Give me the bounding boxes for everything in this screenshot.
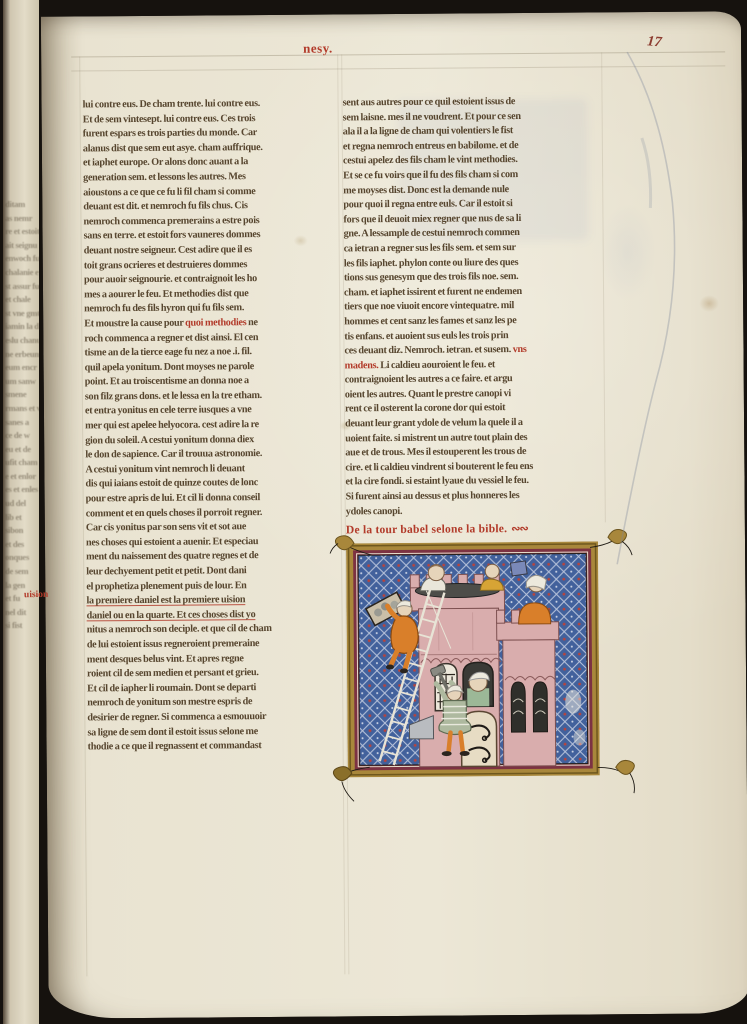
manuscript-photo: { "page": { "header_title": "nesy.", "fo… (0, 0, 747, 1024)
text-line: enwoch fu (5, 252, 39, 266)
miniature-tower-of-babel (346, 542, 600, 778)
tower-turret (497, 610, 560, 766)
text-line: lib et (5, 511, 39, 525)
manuscript-page: nesy. 17 lui contre eus. De cham trente.… (41, 11, 747, 1018)
window-figure (463, 662, 493, 706)
text-line: et des (5, 538, 39, 552)
margin-note: uision (24, 590, 48, 600)
text-line: sibon (5, 524, 39, 538)
folio-number: 17 (646, 33, 662, 51)
text-line: st vne gmt (5, 307, 39, 321)
miniature-painting (346, 542, 600, 778)
text-line: rmans et v (5, 402, 39, 416)
text-line: ait seignu (5, 239, 39, 253)
text-line: chalanie et (5, 266, 39, 280)
ruling-line-horizontal (71, 51, 725, 57)
text-line: iamin la d (5, 320, 39, 334)
text-line: ufit cham (5, 456, 39, 470)
text-column-left: lui contre eus. De cham trente. lui cont… (83, 96, 340, 755)
text-line: smene (5, 388, 39, 402)
text-line: es et enles (5, 483, 39, 497)
text-line: nel dit (5, 606, 39, 620)
text-line: et chale (5, 293, 39, 307)
ivy-leaf-ornament (588, 517, 634, 563)
rubric-line-filler: ∾∾ (511, 523, 528, 535)
text-line: e et enlor (5, 470, 39, 484)
text-line: st assur fu (5, 280, 39, 294)
text-line: si fist (5, 619, 39, 633)
text-line: um sanw (5, 375, 39, 389)
text-line: ne erbeum (5, 348, 39, 362)
ivy-leaf-ornament (324, 757, 370, 803)
ivy-leaf-ornament (328, 521, 374, 567)
rubric-caption: De la tour babel selone la bible. ∾∾ (346, 519, 602, 539)
text-column-right-lines: sent aus autres pour ce quil estoient is… (342, 94, 601, 519)
text-line: ud del (5, 497, 39, 511)
text-line: ydoles canopi. (346, 503, 602, 520)
previous-folio-text: ditamas nemrre et estoitait seignuenwoch… (5, 198, 39, 633)
text-line: de sem (5, 565, 39, 579)
text-line: as nemr (5, 212, 39, 226)
text-line: ce de w (5, 429, 39, 443)
text-line: re et estoit (5, 225, 39, 239)
text-line: eu et de (5, 443, 39, 457)
previous-folio-edge: ditamas nemrre et estoitait seignuenwoch… (3, 0, 39, 1024)
ruling-line-horizontal (71, 65, 725, 71)
text-line: ditam (5, 198, 39, 212)
text-line: sanes a (5, 416, 39, 430)
stone-being-laid (510, 561, 527, 576)
ruling-line-vertical (601, 52, 606, 522)
text-line: thodie a ce que il regnassent et command… (88, 739, 340, 756)
ivy-leaf-ornament (596, 753, 642, 799)
text-line: eum encr (5, 361, 39, 375)
running-title: nesy. (303, 40, 333, 56)
text-column-right: sent aus autres pour ce quil estoient is… (342, 94, 603, 777)
pen-trial-mark (597, 48, 691, 569)
text-line: onques (5, 551, 39, 565)
text-line: eslu chanu (5, 334, 39, 348)
